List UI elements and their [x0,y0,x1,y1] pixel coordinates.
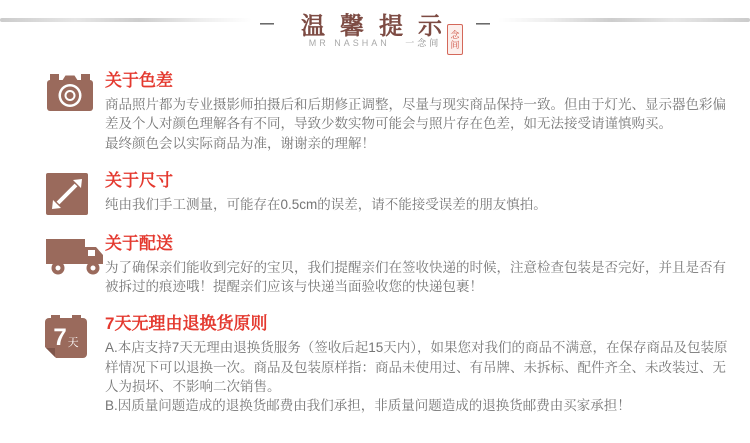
brand-name-cn: 一念间 [405,38,441,48]
warm-tips-panel: — 温馨提示 — MR NASHAN 一念间 念 间 [0,0,750,443]
section-paragraph: B.因质量问题造成的退换货邮费由我们承担，非质量问题造成的退换货邮费由买家承担！ [105,396,730,415]
section-paragraph: A.本店支持7天无理由退换货服务（签收后起15天内），如果您对我们的商品不满意，… [105,338,730,396]
seal-char-bottom: 间 [450,40,459,50]
section-color-difference: 关于色差 商品照片都为专业摄影师拍摄后和后期修正调整，尽量与现实商品保持一致。但… [45,70,738,153]
calendar-fold-inner [46,348,55,357]
title-dash-left: — [260,12,274,35]
section-delivery: 关于配送 为了确保亲们能收到完好的宝贝，我们提醒亲们在签收快递的时候，注意检查包… [45,233,738,297]
section-paragraph: 纯由我们手工测量，可能存在0.5cm的误差，请不能接受误差的朋友慎拍。 [105,195,730,214]
calendar-body: 7 天 [45,318,87,358]
section-text: 关于色差 商品照片都为专业摄影师拍摄后和后期修正调整，尽量与现实商品保持一致。但… [105,70,738,153]
brand-subtitle: MR NASHAN 一念间 [0,36,750,49]
section-title-color: 关于色差 [105,70,730,91]
section-size: 关于尺寸 纯由我们手工测量，可能存在0.5cm的误差，请不能接受误差的朋友慎拍。 [45,170,738,216]
section-return-policy: 7 天 7天无理由退换货原则 A.本店支持7天无理由退换货服务（签收后起15天内… [45,313,738,415]
section-text: 关于配送 为了确保亲们能收到完好的宝贝，我们提醒亲们在签收快递的时候，注意检查包… [105,233,738,297]
header: — 温馨提示 — MR NASHAN 一念间 念 间 [0,0,750,62]
tips-sections: 关于色差 商品照片都为专业摄影师拍摄后和后期修正调整，尽量与现实商品保持一致。但… [45,70,738,433]
section-text: 关于尺寸 纯由我们手工测量，可能存在0.5cm的误差，请不能接受误差的朋友慎拍。 [105,170,738,216]
section-text: 7天无理由退换货原则 A.本店支持7天无理由退换货服务（签收后起15天内），如果… [105,313,738,415]
seal-char-top: 念 [450,30,459,40]
camera-icon [45,70,105,153]
section-paragraph: 为了确保亲们能收到完好的宝贝，我们提醒亲们在签收快递的时候，注意检查包装是否完好… [105,258,730,297]
calendar-unit: 天 [68,334,79,350]
section-title-return: 7天无理由退换货原则 [105,313,730,334]
truck-icon [45,233,105,297]
section-paragraph: 最终颜色会以实际商品为准，谢谢亲的理解！ [105,134,730,153]
resize-arrow-icon [45,170,105,216]
section-title-delivery: 关于配送 [105,233,730,254]
section-paragraph: 商品照片都为专业摄影师拍摄后和后期修正调整，尽量与现实商品保持一致。但由于灯光、… [105,95,730,134]
title-dash-right: — [476,12,490,35]
seven-day-calendar-icon: 7 天 [45,313,105,415]
section-title-size: 关于尺寸 [105,170,730,191]
red-seal-stamp-icon: 念 间 [447,24,463,55]
brand-name-en: MR NASHAN [309,38,390,48]
